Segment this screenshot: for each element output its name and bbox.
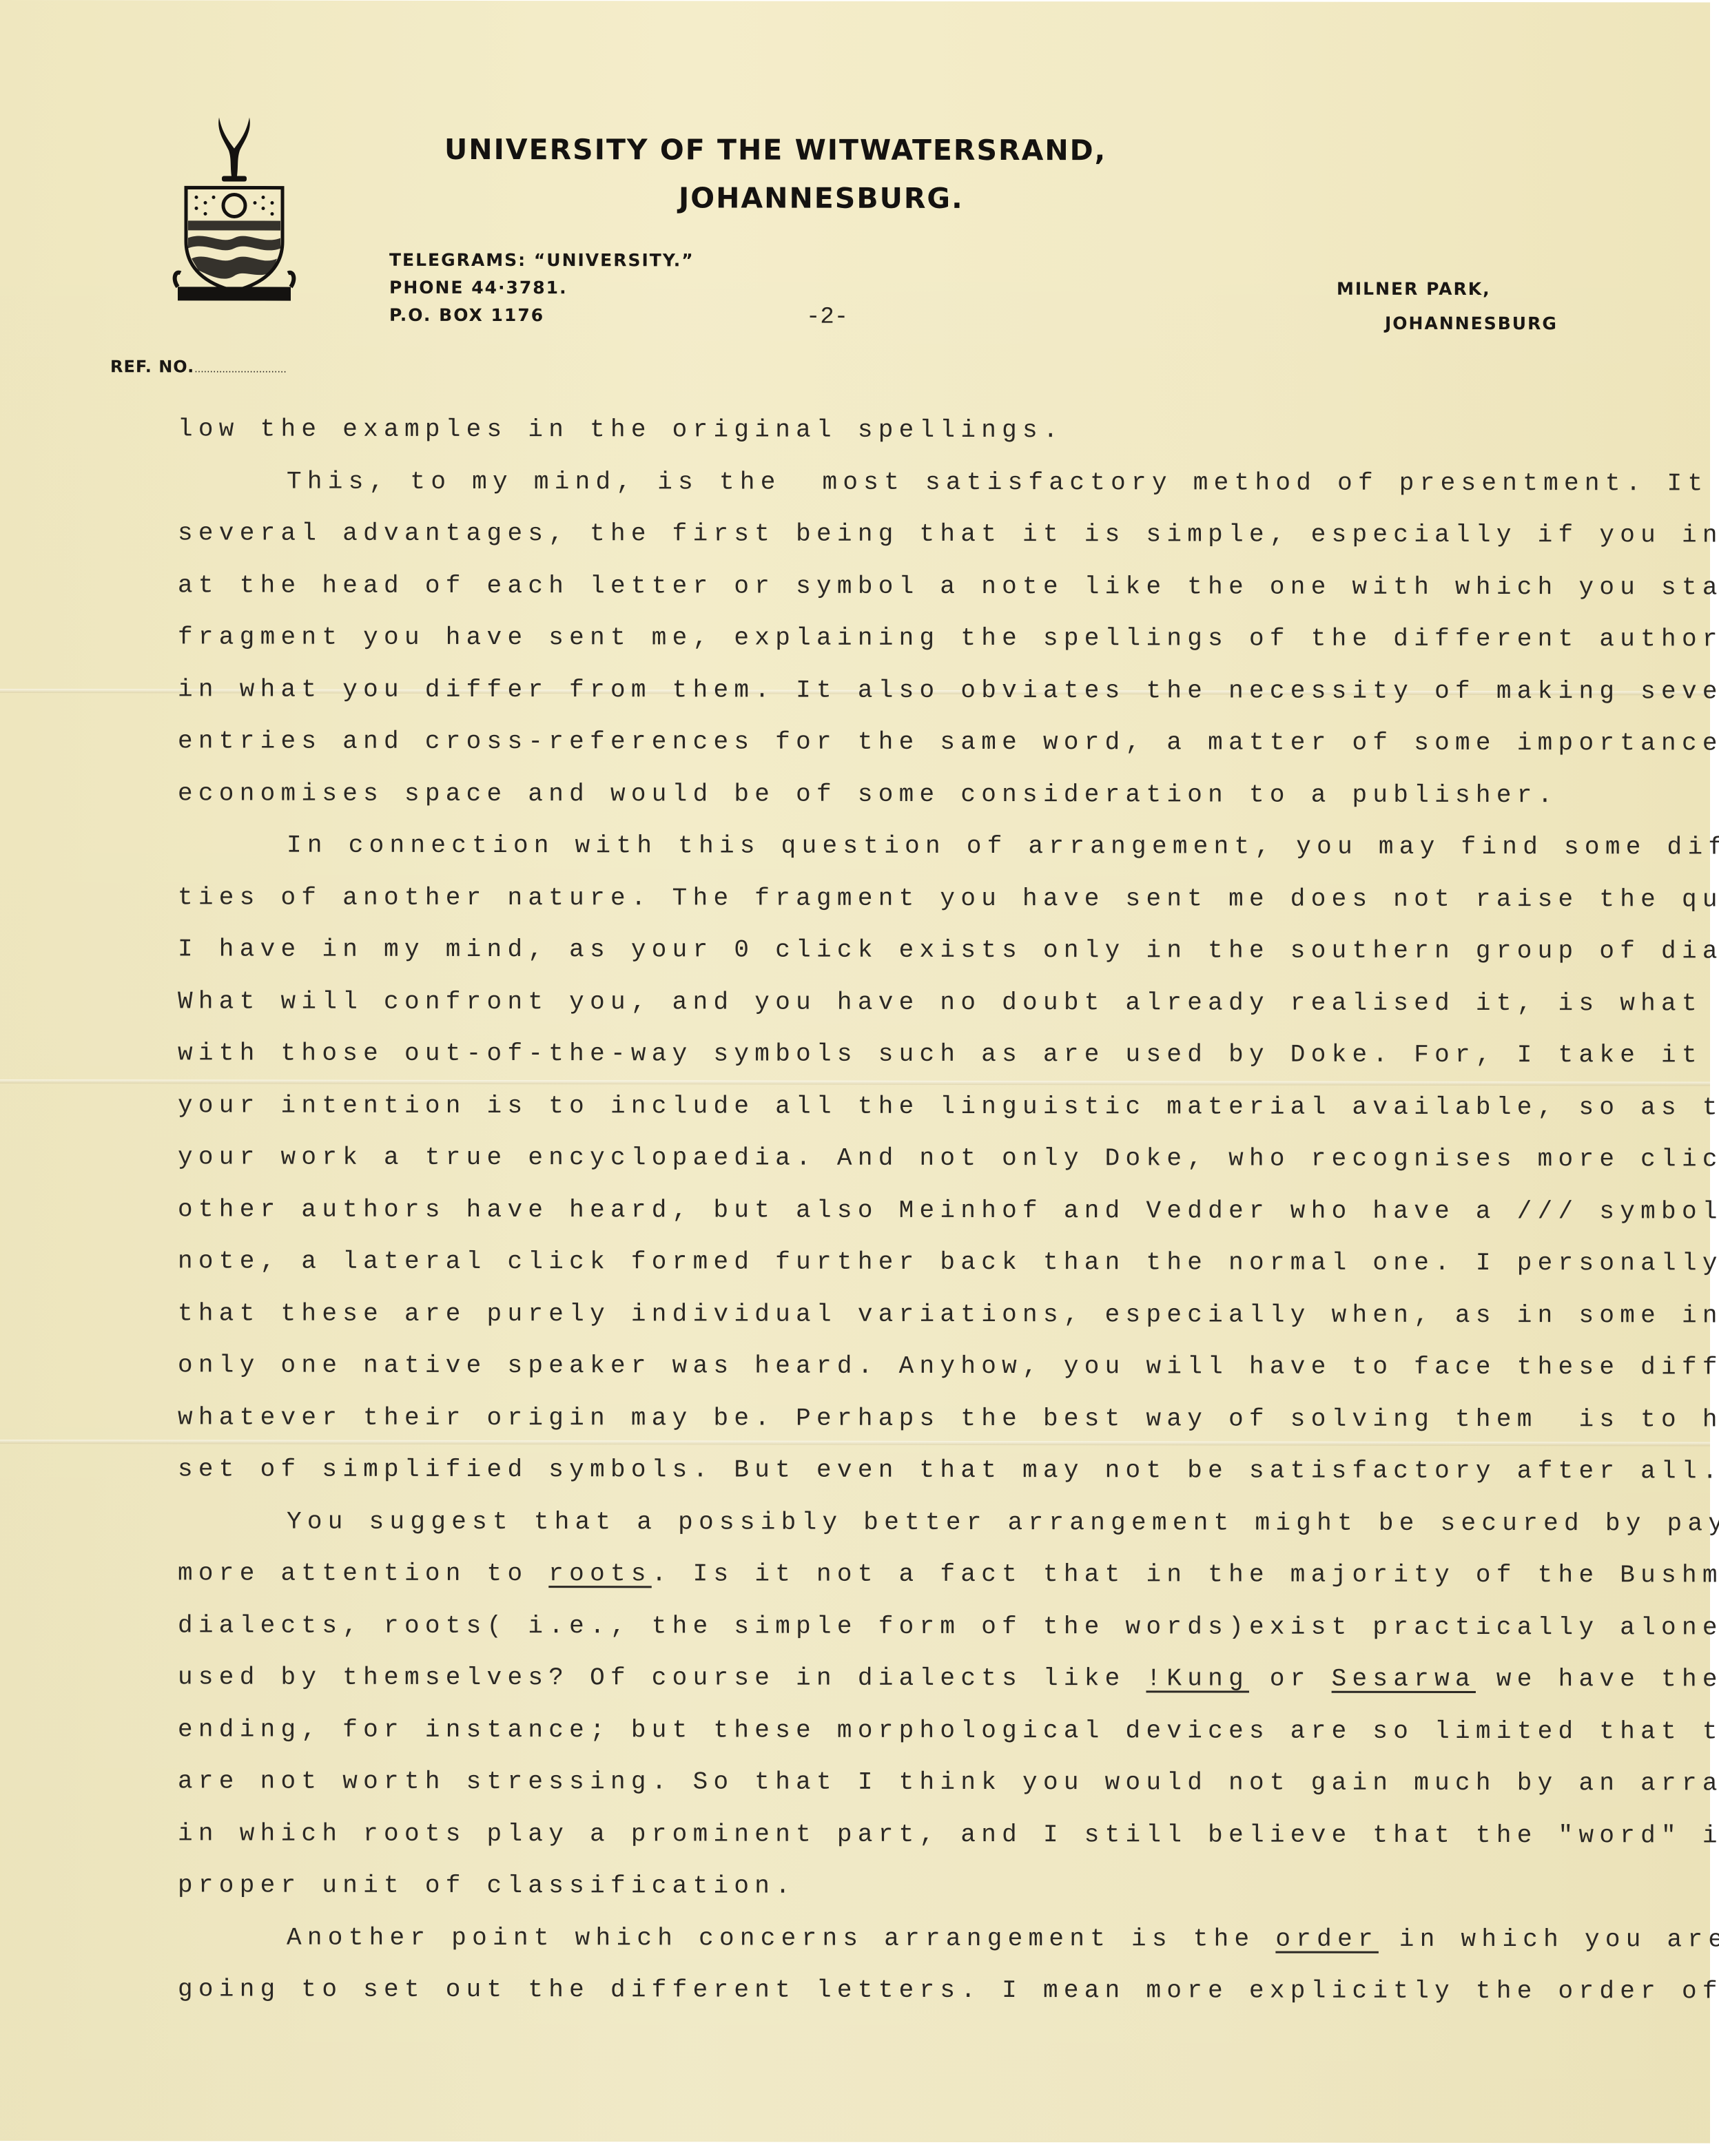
body-line: I have in my mind, as your 0 click exist… xyxy=(178,923,1719,977)
text-run: we have the plural xyxy=(1476,1665,1719,1694)
body-line: going to set out the different letters. … xyxy=(178,1963,1719,2018)
body-line: This, to my mind, is the most satisfacto… xyxy=(178,455,1719,510)
underlined-word: !Kung xyxy=(1146,1664,1249,1692)
institution-city: JOHANNESBURG. xyxy=(679,181,964,215)
text-run: in which you are xyxy=(1379,1925,1719,1953)
body-line: dialects, roots( i.e., the simple form o… xyxy=(178,1599,1719,1654)
body-line: entries and cross-references for the sam… xyxy=(178,715,1719,769)
body-line: other authors have heard, but also Meinh… xyxy=(178,1183,1719,1238)
body-line: in what you differ from them. It also ob… xyxy=(178,663,1719,718)
underlined-word: order xyxy=(1275,1925,1379,1953)
body-line: Another point which concerns arrangement… xyxy=(178,1911,1719,1966)
body-line: with those out-of-the-way symbols such a… xyxy=(178,1027,1719,1081)
ref-dots: .............................. xyxy=(194,364,287,375)
body-line: In connection with this question of arra… xyxy=(178,819,1719,873)
body-line: fragment you have sent me, explaining th… xyxy=(178,611,1719,665)
body-line: several advantages, the first being that… xyxy=(178,507,1719,561)
body-line: note, a lateral click formed further bac… xyxy=(178,1235,1719,1289)
body-line: low the examples in the original spellin… xyxy=(178,403,1719,457)
body-line: more attention to roots. Is it not a fac… xyxy=(178,1547,1719,1602)
telegrams-line: TELEGRAMS: “UNIVERSITY.” xyxy=(389,250,694,271)
text-run: . Is it not a fact that in the majority … xyxy=(652,1559,1719,1589)
body-line: your work a true encyclopaedia. And not … xyxy=(178,1131,1719,1185)
body-line: economises space and would be of some co… xyxy=(178,767,1719,822)
address-line-1: MILNER PARK, xyxy=(1337,279,1491,299)
body-line: used by themselves? Of course in dialect… xyxy=(178,1651,1719,1706)
body-line: proper unit of classification. xyxy=(178,1859,1719,1914)
ref-label: REF. NO. xyxy=(110,357,194,376)
body-line: that these are purely individual variati… xyxy=(178,1287,1719,1342)
text-run: Another point which concerns arrangement… xyxy=(287,1923,1275,1953)
underlined-word: roots xyxy=(548,1559,652,1588)
body-line: ending, for instance; but these morpholo… xyxy=(178,1703,1719,1758)
body-line: your intention is to include all the lin… xyxy=(178,1079,1719,1134)
body-line: whatever their origin may be. Perhaps th… xyxy=(178,1391,1719,1446)
letter-body: low the examples in the original spellin… xyxy=(178,403,1719,2018)
body-line: only one native speaker was heard. Anyho… xyxy=(178,1339,1719,1393)
body-line: are not worth stressing. So that I think… xyxy=(178,1755,1719,1810)
address-line-2: JOHANNESBURG xyxy=(1385,313,1558,333)
underlined-word: Sesarwa xyxy=(1332,1665,1476,1693)
ref-number: REF. NO............................... xyxy=(110,357,287,376)
po-box-line: P.O. BOX 1176 xyxy=(389,305,544,325)
text-run: used by themselves? Of course in dialect… xyxy=(178,1663,1146,1692)
page-number: -2- xyxy=(806,304,848,331)
body-line: ties of another nature. The fragment you… xyxy=(178,871,1719,926)
crest-icon xyxy=(165,110,303,303)
body-line: in which roots play a prominent part, an… xyxy=(178,1807,1719,1862)
institution-name: UNIVERSITY OF THE WITWATERSRAND, xyxy=(444,133,1106,167)
text-run: or xyxy=(1249,1665,1332,1693)
body-line: set of simplified symbols. But even that… xyxy=(178,1443,1719,1497)
body-line: What will confront you, and you have no … xyxy=(178,975,1719,1030)
body-line: You suggest that a possibly better arran… xyxy=(178,1495,1719,1550)
phone-line: PHONE 44·3781. xyxy=(389,278,568,298)
body-line: at the head of each letter or symbol a n… xyxy=(178,559,1719,614)
letter-page: UNIVERSITY OF THE WITWATERSRAND, JOHANNE… xyxy=(0,0,1710,2143)
text-run: more attention to xyxy=(178,1559,548,1588)
